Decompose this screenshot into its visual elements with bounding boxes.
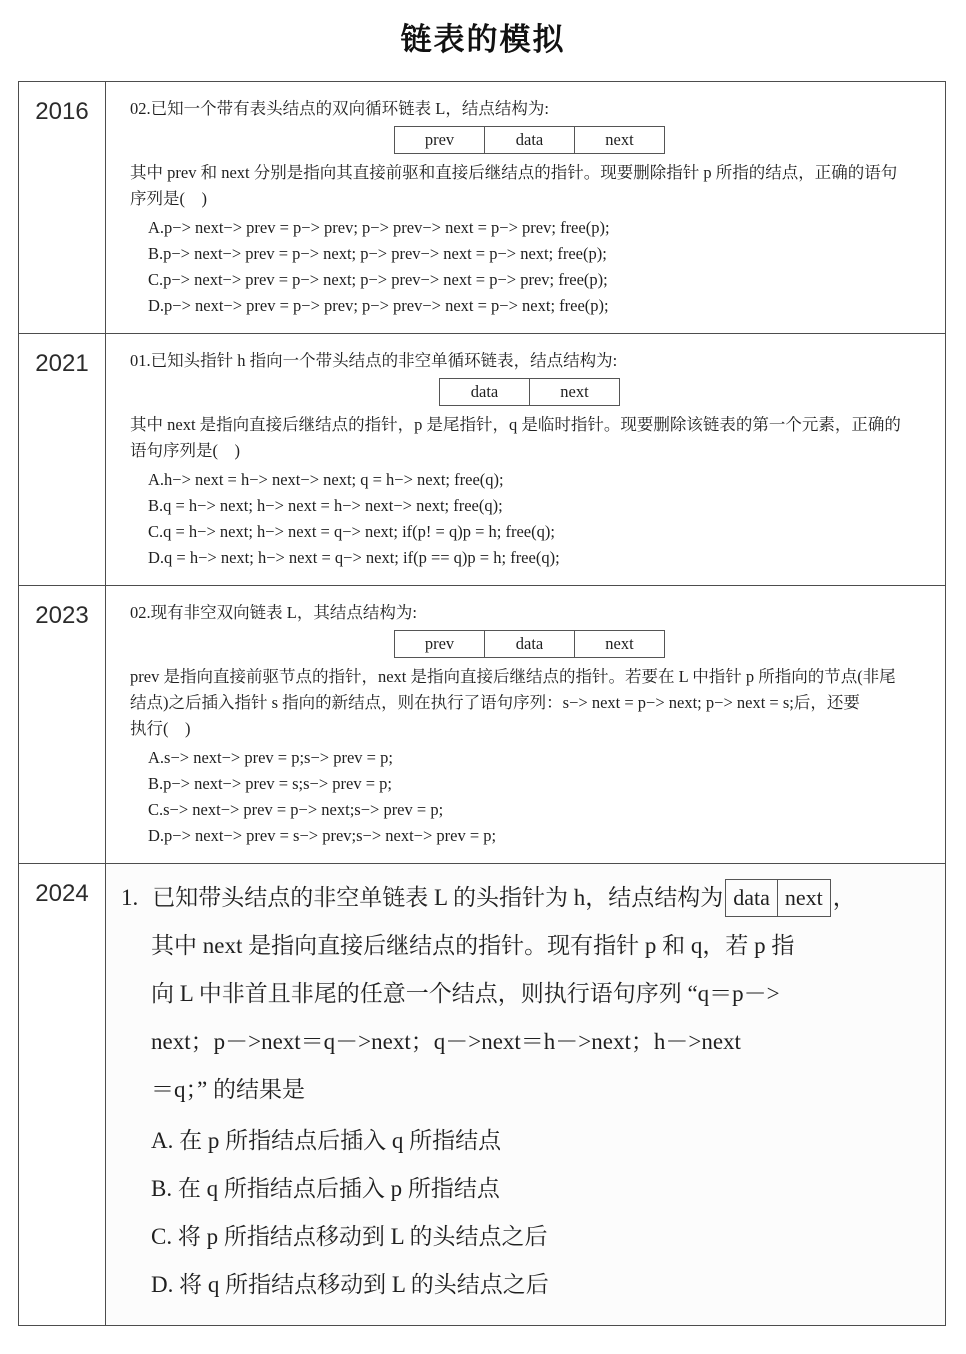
option-d: D. 将 q 所指结点移动到 L 的头结点之后 xyxy=(151,1261,929,1309)
question-body-line: 执行( ) xyxy=(130,716,929,742)
node-cell-next: next xyxy=(574,126,665,154)
node-cell-data: data xyxy=(725,879,778,917)
question-body-line: 其中 next 是指向直接后继结点的指针，p 是尾指针，q 是临时指针。现要删除… xyxy=(130,412,929,438)
question-body: 其中 next 是指向直接后继结点的指针。现有指针 p 和 q，若 p 指 向 … xyxy=(121,922,929,1114)
question-intro: 已知带头结点的非空单链表 L 的头指针为 h，结点结构为 xyxy=(152,885,723,910)
question-options: A. 在 p 所指结点后插入 q 所指结点 B. 在 q 所指结点后插入 p 所… xyxy=(121,1117,929,1309)
question-cell-2023: 02.现有非空双向链表 L，其结点结构为: prev data next pre… xyxy=(106,586,945,863)
question-number: 1. xyxy=(121,874,138,922)
option-c: C.q = h−> next; h−> next = q−> next; if(… xyxy=(130,519,929,545)
node-cell-data: data xyxy=(439,378,530,406)
node-structure-diagram: data next xyxy=(130,378,929,406)
option-d: D.p−> next−> prev = s−> prev;s−> next−> … xyxy=(130,823,929,849)
question-body-line: 结点)之后插入指针 s 指向的新结点，则在执行了语句序列：s−> next = … xyxy=(130,690,929,716)
page-title: 链表的模拟 xyxy=(0,14,966,59)
node-cell-prev: prev xyxy=(394,126,485,154)
question-body-line: 其中 next 是指向直接后继结点的指针。现有指针 p 和 q，若 p 指 xyxy=(151,922,929,970)
question-body: prev 是指向直接前驱节点的指针，next 是指向直接后继结点的指针。若要在 … xyxy=(130,664,929,742)
question-intro: 01.已知头指针 h 指向一个带头结点的非空单循环链表，结点结构为: xyxy=(130,348,929,374)
node-cell-data: data xyxy=(484,630,575,658)
option-b: B. 在 q 所指结点后插入 p 所指结点 xyxy=(151,1165,929,1213)
document-page: 链表的模拟 2016 02.已知一个带有表头结点的双向循环链表 L，结点结构为:… xyxy=(0,0,966,1354)
exam-row-2023: 2023 02.现有非空双向链表 L，其结点结构为: prev data nex… xyxy=(19,586,945,864)
question-body: 其中 next 是指向直接后继结点的指针，p 是尾指针，q 是临时指针。现要删除… xyxy=(130,412,929,464)
node-cell-data: data xyxy=(484,126,575,154)
question-body-line: prev 是指向直接前驱节点的指针，next 是指向直接后继结点的指针。若要在 … xyxy=(130,664,929,690)
year-label-2024: 2024 xyxy=(19,864,106,1325)
question-cell-2024: 1.已知带头结点的非空单链表 L 的头指针为 h，结点结构为datanext， … xyxy=(106,864,945,1325)
year-label-2016: 2016 xyxy=(19,82,106,333)
question-options: A.s−> next−> prev = p;s−> prev = p; B.p−… xyxy=(130,745,929,849)
question-body-line: next；p－>next＝q－>next；q－>next＝h－>next；h－>… xyxy=(151,1018,929,1066)
question-first-line: 1.已知带头结点的非空单链表 L 的头指针为 h，结点结构为datanext， xyxy=(121,874,929,922)
option-a: A.p−> next−> prev = p−> prev; p−> prev−>… xyxy=(130,215,929,241)
node-structure-diagram: prev data next xyxy=(130,630,929,658)
question-body-line: 序列是( ) xyxy=(130,186,929,212)
node-structure-diagram: prev data next xyxy=(130,126,929,154)
question-body-line: 其中 prev 和 next 分别是指向其直接前驱和直接后继结点的指针。现要删除… xyxy=(130,160,929,186)
inline-node-structure-diagram: datanext xyxy=(725,879,831,917)
option-d: D.q = h−> next; h−> next = q−> next; if(… xyxy=(130,545,929,571)
question-body-line: ＝q；” 的结果是 xyxy=(151,1066,929,1114)
question-intro-tail: ， xyxy=(833,885,856,910)
option-c: C.s−> next−> prev = p−> next;s−> prev = … xyxy=(130,797,929,823)
exam-table: 2016 02.已知一个带有表头结点的双向循环链表 L，结点结构为: prev … xyxy=(18,81,946,1326)
node-cell-next: next xyxy=(529,378,620,406)
option-b: B.p−> next−> prev = p−> next; p−> prev−>… xyxy=(130,241,929,267)
year-label-2021: 2021 xyxy=(19,334,106,585)
question-cell-2016: 02.已知一个带有表头结点的双向循环链表 L，结点结构为: prev data … xyxy=(106,82,945,333)
year-label-2023: 2023 xyxy=(19,586,106,863)
question-body-line: 向 L 中非首且非尾的任意一个结点，则执行语句序列 “q＝p－> xyxy=(151,970,929,1018)
option-b: B.q = h−> next; h−> next = h−> next−> ne… xyxy=(130,493,929,519)
node-cell-prev: prev xyxy=(394,630,485,658)
option-d: D.p−> next−> prev = p−> prev; p−> prev−>… xyxy=(130,293,929,319)
question-options: A.p−> next−> prev = p−> prev; p−> prev−>… xyxy=(130,215,929,319)
question-body-line: 语句序列是( ) xyxy=(130,438,929,464)
option-a: A.s−> next−> prev = p;s−> prev = p; xyxy=(130,745,929,771)
exam-row-2021: 2021 01.已知头指针 h 指向一个带头结点的非空单循环链表，结点结构为: … xyxy=(19,334,945,586)
node-cell-next: next xyxy=(777,879,831,917)
option-c: C.p−> next−> prev = p−> next; p−> prev−>… xyxy=(130,267,929,293)
question-options: A.h−> next = h−> next−> next; q = h−> ne… xyxy=(130,467,929,571)
question-body: 其中 prev 和 next 分别是指向其直接前驱和直接后继结点的指针。现要删除… xyxy=(130,160,929,212)
option-a: A. 在 p 所指结点后插入 q 所指结点 xyxy=(151,1117,929,1165)
question-intro: 02.现有非空双向链表 L，其结点结构为: xyxy=(130,600,929,626)
option-b: B.p−> next−> prev = s;s−> prev = p; xyxy=(130,771,929,797)
question-intro: 02.已知一个带有表头结点的双向循环链表 L，结点结构为: xyxy=(130,96,929,122)
option-a: A.h−> next = h−> next−> next; q = h−> ne… xyxy=(130,467,929,493)
option-c: C. 将 p 所指结点移动到 L 的头结点之后 xyxy=(151,1213,929,1261)
question-cell-2021: 01.已知头指针 h 指向一个带头结点的非空单循环链表，结点结构为: data … xyxy=(106,334,945,585)
node-cell-next: next xyxy=(574,630,665,658)
exam-row-2016: 2016 02.已知一个带有表头结点的双向循环链表 L，结点结构为: prev … xyxy=(19,82,945,334)
exam-row-2024: 2024 1.已知带头结点的非空单链表 L 的头指针为 h，结点结构为datan… xyxy=(19,864,945,1325)
